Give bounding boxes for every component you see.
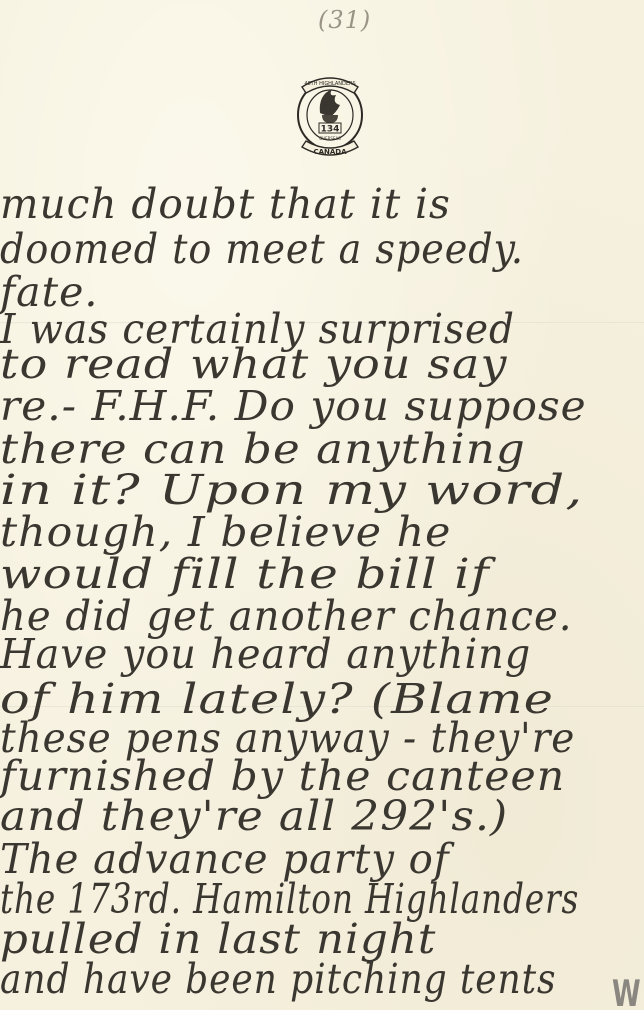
letter-line: to read what you say xyxy=(0,340,508,388)
letter-line: re.- F.H.F. Do you suppose xyxy=(0,382,587,430)
letter-line: and they're all 292's.) xyxy=(0,792,508,840)
letter-line: in it? Upon my word, xyxy=(0,466,583,514)
letter-line: and have been pitching tents xyxy=(0,955,556,1003)
margin-pencil-mark: W xyxy=(612,974,641,1016)
svg-text:CANADA: CANADA xyxy=(313,148,347,156)
letter-page: (31) 134 48TH HIGHLANDERS CANADA OVERSEA… xyxy=(0,0,644,1010)
letter-line: doomed to meet a speedy. xyxy=(0,225,524,273)
letter-line: would fill the bill if xyxy=(0,550,490,598)
letter-line: much doubt that it is xyxy=(0,180,451,228)
svg-text:134: 134 xyxy=(321,125,340,135)
letter-line: though, I believe he xyxy=(0,508,451,556)
svg-text:OVERSEAS: OVERSEAS xyxy=(319,136,341,141)
letter-line: Have you heard anything xyxy=(0,630,531,678)
regimental-crest-icon: 134 48TH HIGHLANDERS CANADA OVERSEAS xyxy=(292,65,368,165)
page-number: (31) xyxy=(318,6,371,34)
svg-text:48TH HIGHLANDERS: 48TH HIGHLANDERS xyxy=(304,81,355,87)
